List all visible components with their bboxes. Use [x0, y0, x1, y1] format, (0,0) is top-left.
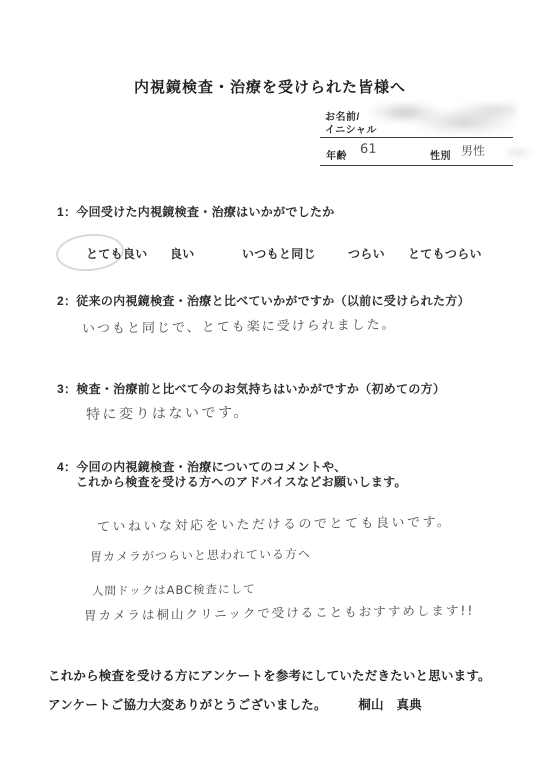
footer-thanks: アンケートご協力大変ありがとうございました。 桐山 真典	[48, 695, 422, 713]
question-4-answer-line3: 人間ドックはABC検査にして	[92, 581, 256, 599]
gender-value-handwritten: 男性	[461, 142, 485, 159]
page-title: 内視鏡検査・治療を受けられた皆様へ	[0, 76, 540, 97]
age-label: 年齢	[326, 147, 347, 162]
question-3-label: 3：検査・治療前と比べて今のお気持ちはいかがですか（初めての方）	[57, 380, 445, 397]
question-2-handwritten-answer: いつもと同じで、とても楽に受けられました。	[82, 314, 397, 337]
q1-option-very-hard: とてもつらい	[408, 245, 482, 262]
question-3-handwritten-answer: 特に変りはないです。	[86, 402, 250, 424]
age-value-handwritten: 61	[360, 142, 377, 157]
footer-note: これから検査を受ける方にアンケートを参考にしていただきたいと思います。	[48, 666, 491, 684]
doctor-signature: 桐山 真典	[358, 698, 422, 712]
question-4-answer-line2: 胃カメラがつらいと思われている方へ	[90, 545, 311, 565]
footer-thanks-text: アンケートご協力大変ありがとうございました。	[48, 698, 327, 712]
question-4-label-line2: これから検査を受ける方へのアドバイスなどお願いします。	[76, 473, 407, 490]
name-label-line2: イニシャル	[325, 121, 377, 136]
q1-option-hard: つらい	[348, 245, 385, 262]
question-4-answer-line4: 胃カメラは桐山クリニックで受けることもおすすめします!!	[84, 601, 475, 624]
q1-option-very-good: とても良い	[86, 245, 148, 262]
question-4-answer-line1: ていねいな対応をいただけるのでとても良いです。	[97, 511, 453, 535]
info-box-bottom-line	[320, 165, 513, 166]
question-2-label: 2：従来の内視鏡検査・治療と比べていかがですか（以前に受けられた方）	[57, 292, 470, 309]
questionnaire-page: 内視鏡検査・治療を受けられた皆様へ お名前/ イニシャル 年齢 61 性別 男性…	[0, 0, 540, 764]
q1-option-same-as-usual: いつもと同じ	[242, 245, 316, 262]
question-1-label: 1：今回受けた内視鏡検査・治療はいかがでしたか	[57, 203, 335, 220]
scan-smudge	[498, 142, 538, 164]
info-box-divider-line	[320, 137, 513, 138]
gender-label: 性別	[430, 147, 451, 162]
q1-option-good: 良い	[170, 245, 195, 262]
redacted-name-blur	[368, 99, 516, 137]
